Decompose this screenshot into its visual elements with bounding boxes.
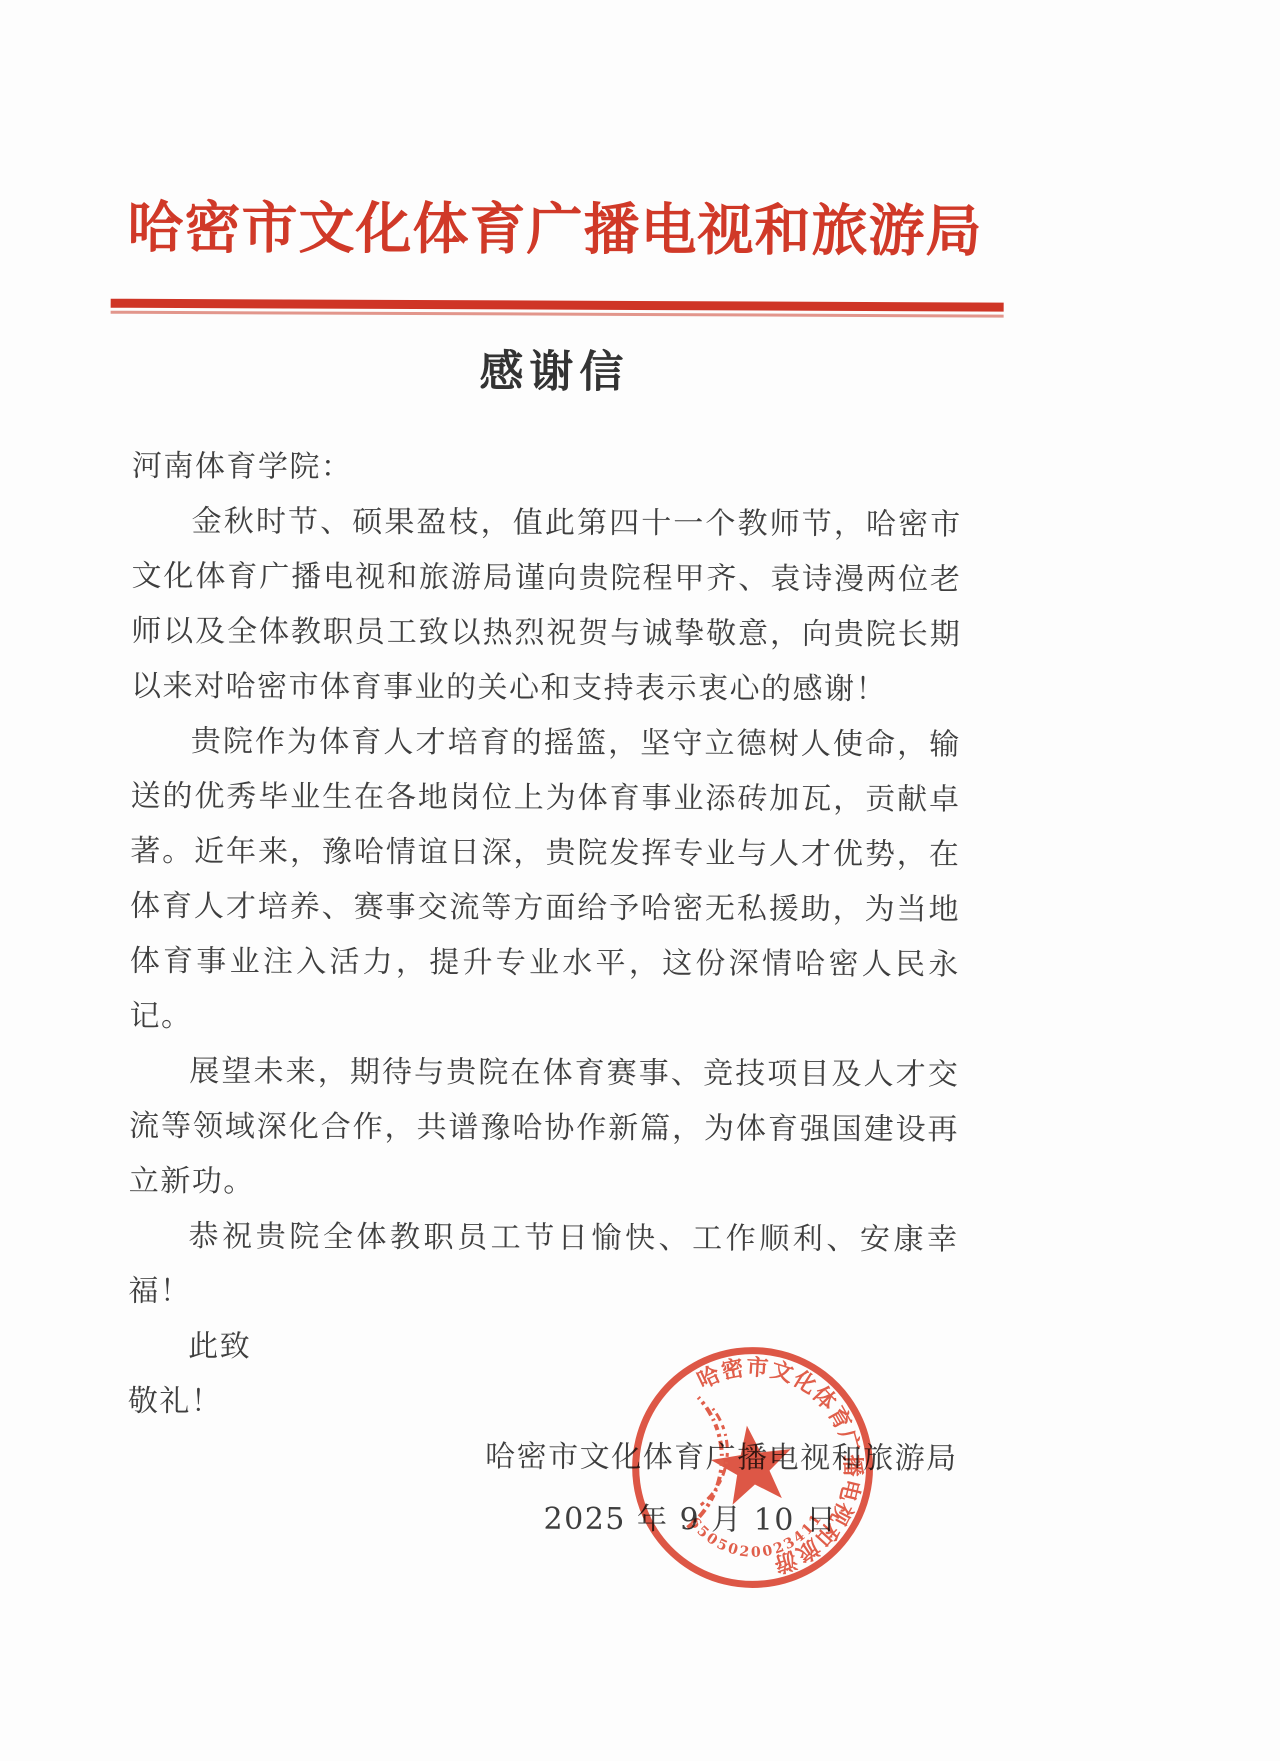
- letter-body: 河南体育学院： 金秋时节、硕果盈枝，值此第四十一个教师节，哈密市文化体育广播电视…: [128, 439, 962, 1433]
- letter-title: 感谢信: [108, 334, 1000, 402]
- letter-page: 哈密市文化体育广播电视和旅游局 感谢信 河南体育学院： 金秋时节、硕果盈枝，值此…: [0, 0, 1280, 1761]
- letterhead-rule: [111, 299, 1004, 318]
- paragraph-2: 贵院作为体育人才培育的摇篮，坚守立德树人使命，输送的优秀毕业生在各地岗位上为体育…: [129, 714, 960, 1048]
- official-seal: 哈密市文化体育广播电视和旅游局 6505020023411: [605, 1320, 900, 1615]
- salutation: 河南体育学院：: [132, 439, 962, 498]
- paragraph-4: 恭祝贵院全体教职员工节日愉快、工作顺利、安康幸福！: [128, 1209, 958, 1323]
- paragraph-3: 展望未来，期待与贵院在体育赛事、竞技项目及人才交流等领域深化合作，共谱豫哈协作新…: [129, 1044, 960, 1213]
- seal-uyghur-script-arc: [670, 1395, 731, 1527]
- letterhead-title: 哈密市文化体育广播电视和旅游局: [109, 184, 1001, 268]
- scanned-content: 哈密市文化体育广播电视和旅游局 感谢信 河南体育学院： 金秋时节、硕果盈枝，值此…: [0, 0, 1280, 1761]
- paragraph-1: 金秋时节、硕果盈枝，值此第四十一个教师节，哈密市文化体育广播电视和旅游局谨向贵院…: [131, 494, 962, 718]
